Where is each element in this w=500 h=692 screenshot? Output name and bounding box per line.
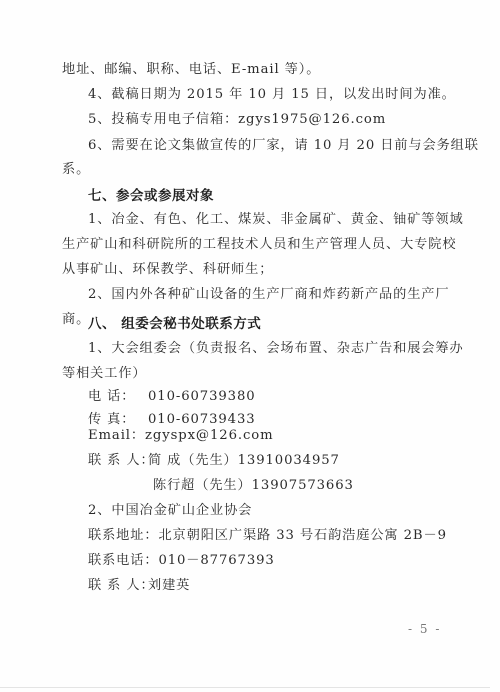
organizing-committee-line1: 1、大会组委会（负责报名、会场布置、杂志广告和展会筹办 xyxy=(88,340,464,358)
address-value: 北京朝阳区广渠路 33 号石韵浩庭公寓 2B－9 xyxy=(158,528,446,543)
contact-row-1: 联 系 人：简 成（先生）13910034957 xyxy=(88,452,340,470)
page-bottom-edge xyxy=(0,687,490,688)
association-contact-value: 刘建英 xyxy=(148,578,190,593)
advertising-item-line1: 6、需要在论文集做宣传的厂家，请 10 月 20 日前与会务组联 xyxy=(88,137,434,155)
tel-label: 联系电话： xyxy=(88,553,158,568)
phone-label: 电 话： xyxy=(88,388,148,406)
participants-item1-line1: 1、冶金、有色、化工、煤炭、非金属矿、黄金、铀矿等领域 xyxy=(88,211,464,229)
participants-item1-line3: 从事矿山、环保教学、科研师生； xyxy=(62,261,273,279)
association-contact-label: 联 系 人： xyxy=(88,577,148,595)
email-label: Email： xyxy=(88,428,145,443)
submission-email-item: 5、投稿专用电子信箱：zgys1975@126.com xyxy=(88,111,386,129)
contact-row-2: 陈行超（先生）13907573663 xyxy=(153,477,354,495)
organizing-committee-line2: 等相关工作） xyxy=(62,365,147,383)
participants-item2-line1: 2、国内外各种矿山设备的生产厂商和炸药新产品的生产厂 xyxy=(88,286,449,304)
tel-row: 联系电话：010－87767393 xyxy=(88,552,275,570)
tel-value: 010－87767393 xyxy=(158,553,274,568)
email-value[interactable]: zgyspx@126.com xyxy=(145,428,273,443)
document-page: 地址、邮编、职称、电话、E-mail 等）。 4、截稿日期为 2015 年 10… xyxy=(0,0,500,692)
contact-label: 联 系 人： xyxy=(88,452,148,470)
phone-value: 010-60739380 xyxy=(148,389,256,404)
participants-item2-line2: 商。 xyxy=(62,311,90,329)
association-contact-row: 联 系 人：刘建英 xyxy=(88,577,190,595)
section-8-heading: 八、 组委会秘书处联系方式 xyxy=(88,315,261,333)
address-row: 联系地址：北京朝阳区广渠路 33 号石韵浩庭公寓 2B－9 xyxy=(88,527,447,545)
association-title: 2、中国冶金矿山企业协会 xyxy=(88,502,252,520)
page-number: - 5 - xyxy=(408,622,441,636)
email-row: Email：zgyspx@126.com xyxy=(88,427,274,445)
participants-item1-line2: 生产矿山和科研院所的工程技术人员和生产管理人员、大专院校 xyxy=(62,236,456,254)
advertising-item-line2: 系。 xyxy=(62,161,90,179)
author-info-continuation: 地址、邮编、职称、电话、E-mail 等）。 xyxy=(62,61,320,79)
contact-1: 简 成（先生）13910034957 xyxy=(148,453,340,468)
phone-row: 电 话：010-60739380 xyxy=(88,388,256,406)
fax-value: 010-60739433 xyxy=(148,412,256,427)
address-label: 联系地址： xyxy=(88,528,158,543)
deadline-item: 4、截稿日期为 2015 年 10 月 15 日，以发出时间为准。 xyxy=(88,86,456,104)
section-7-heading: 七、参会或参展对象 xyxy=(88,187,214,205)
